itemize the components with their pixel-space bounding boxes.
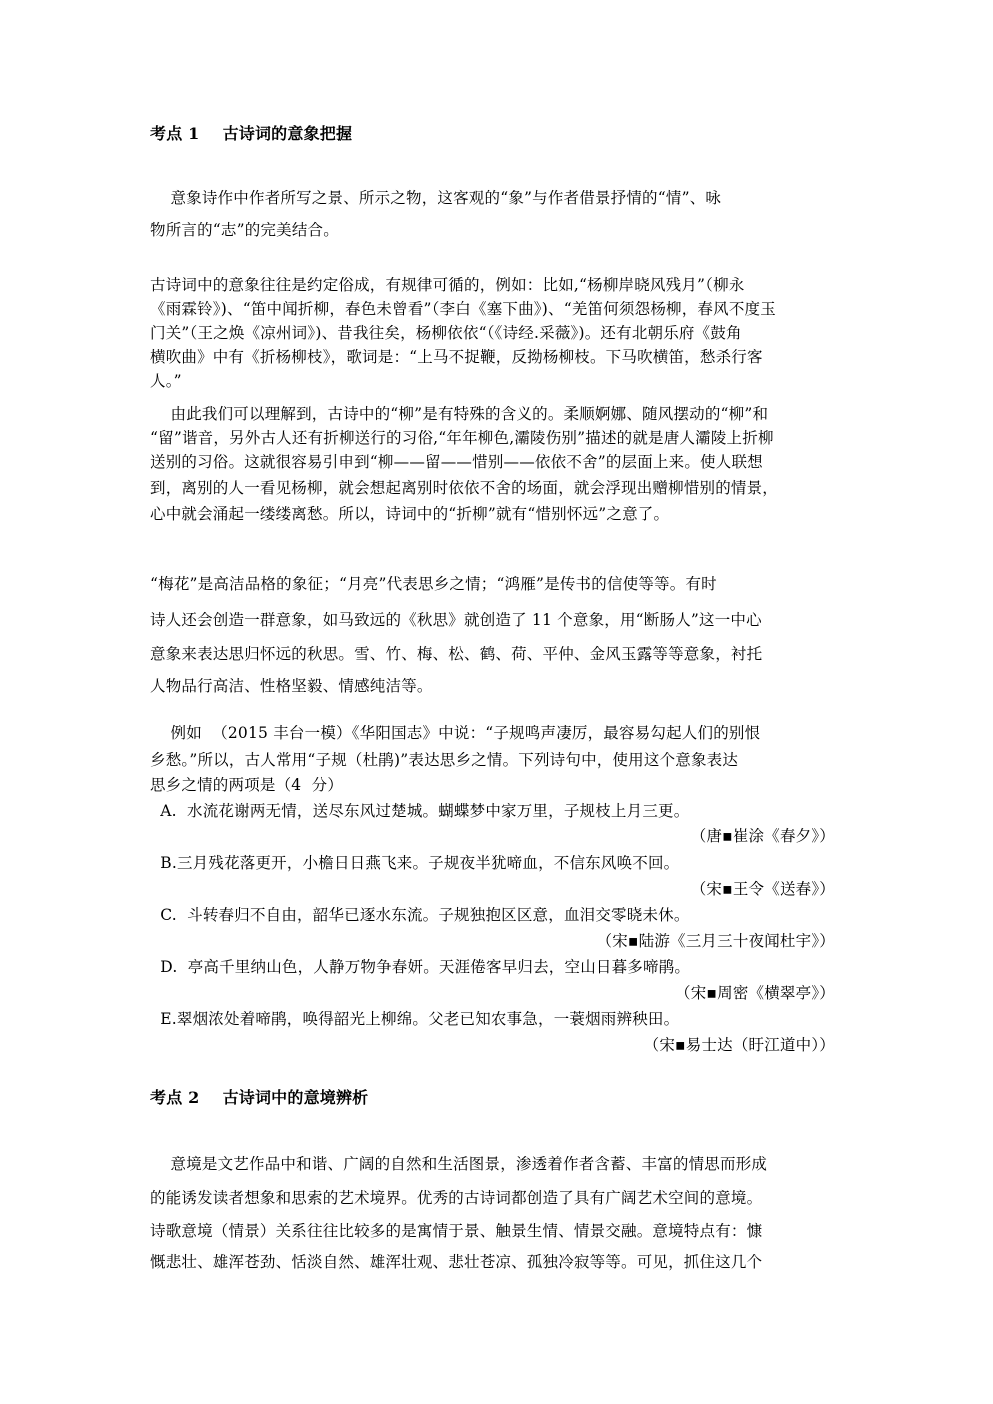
option-c-source: （宋▪陆游《三月三十夜闻杜宇》） xyxy=(597,931,835,951)
option-d-source: （宋▪周密《横翠亭》） xyxy=(675,983,835,1003)
example-line: 例如 （2015 丰台一模）《华阳国志》中说：“子规鸣声凄厉，最容易勾起人们的别… xyxy=(150,723,760,743)
para3-line: “梅花”是高洁品格的象征；“月亮”代表思乡之情；“鸿雁”是传书的信使等等。有时 xyxy=(150,574,717,594)
para1-line: 《雨霖铃》)、“笛中闻折柳，春色未曾看”（李白《塞下曲》)、“羌笛何须怨杨柳，春… xyxy=(150,299,776,319)
para3-line: 诗人还会创造一群意象，如马致远的《秋思》就创造了 11 个意象，用“断肠人”这一… xyxy=(150,610,762,630)
para3-line: 意象来表达思归怀远的秋思。雪、竹、梅、松、鹤、荷、平仲、金风玉露等等意象，衬托 xyxy=(150,644,762,664)
option-a-source: （唐▪崔涂《春夕》） xyxy=(691,826,835,846)
example-line: 乡愁。”所以，古人常用“子规（杜鹃)”表达思乡之情。下列诗句中，使用这个意象表达 xyxy=(150,750,738,770)
section2-para-line: 的能诱发读者想象和思索的艺术境界。优秀的古诗词都创造了具有广阔艺术空间的意境。 xyxy=(150,1188,762,1208)
section2-para-line: 慨悲壮、雄浑苍劲、恬淡自然、雄浑壮观、悲壮苍凉、孤独冷寂等等。可见，抓住这几个 xyxy=(150,1252,762,1272)
section2-para-line: 诗歌意境（情景）关系往往比较多的是寓情于景、触景生情、情景交融。意境特点有：慷 xyxy=(150,1221,762,1241)
para1-line: 横吹曲》中有《折杨柳枝》，歌词是：“上马不捉鞭，反拗杨柳枝。下马吹横笛，愁杀行客 xyxy=(150,347,763,367)
option-e-source: （宋▪易士达（盱江道中）） xyxy=(644,1035,835,1055)
document-page: 考点 1 古诗词的意象把握 意象诗作中作者所写之景、所示之物，这客观的“象”与作… xyxy=(0,0,993,1404)
option-a-text: A. 水流花谢两无情，送尽东风过楚城。蝴蝶梦中家万里，子规枝上月三更。 xyxy=(150,801,689,821)
option-d-text: D. 亭高千里纳山色，人静万物争春妍。天涯倦客早归去，空山日暮多啼鹃。 xyxy=(150,957,690,977)
option-e-text: E.翠烟浓处着啼鹃，唤得韶光上柳绵。父老已知农事急，一蓑烟雨辨秧田。 xyxy=(150,1009,679,1029)
example-line: 思乡之情的两项是（4 分） xyxy=(150,775,343,795)
para1-line: 古诗词中的意象往往是约定俗成，有规律可循的，例如：比如,“杨柳岸晓风残月”（柳永 xyxy=(150,275,745,295)
para1-line: 门关”（王之焕《凉州词》)、昔我往矣，杨柳依依“（《诗经.采薇》)。还有北朝乐府… xyxy=(150,323,742,343)
section-2-heading: 考点 2 古诗词中的意境辨析 xyxy=(150,1088,368,1108)
intro-line: 物所言的“志”的完美结合。 xyxy=(150,220,339,240)
section-1-heading: 考点 1 古诗词的意象把握 xyxy=(150,124,352,144)
para1-line: 人。” xyxy=(150,371,182,391)
section2-para-line: 意境是文艺作品中和谐、广阔的自然和生活图景，渗透着作者含蓄、丰富的情思而形成 xyxy=(150,1154,767,1174)
para2-line: 送别的习俗。这就很容易引申到“柳——留——惜别——依依不舍”的层面上来。使人联想 xyxy=(150,452,763,472)
para2-line: “留”谐音，另外古人还有折柳送行的习俗,“年年柳色,灞陵伤别”描述的就是唐人灞陵… xyxy=(150,428,774,448)
option-b-source: （宋▪王令《送春》） xyxy=(691,879,835,899)
para3-line: 人物品行高洁、性格坚毅、情感纯洁等。 xyxy=(150,676,433,696)
option-b-text: B.三月残花落更开，小檐日日燕飞来。子规夜半犹啼血，不信东风唤不回。 xyxy=(150,853,679,873)
para2-line: 心中就会涌起一缕缕离愁。所以，诗词中的“折柳”就有“惜别怀远”之意了。 xyxy=(150,504,669,524)
intro-line: 意象诗作中作者所写之景、所示之物，这客观的“象”与作者借景抒情的“情”、咏 xyxy=(150,188,721,208)
option-c-text: C. 斗转春归不自由，韶华已逐水东流。子规独抱区区意，血泪交零晓未休。 xyxy=(150,905,690,925)
para2-line: 由此我们可以理解到，古诗中的“柳”是有特殊的含义的。柔顺婀娜、随风摆动的“柳”和 xyxy=(150,404,768,424)
para2-line: 到，离别的人一看见杨柳，就会想起离别时依依不舍的场面，就会浮现出赠柳惜别的情景， xyxy=(150,478,778,498)
